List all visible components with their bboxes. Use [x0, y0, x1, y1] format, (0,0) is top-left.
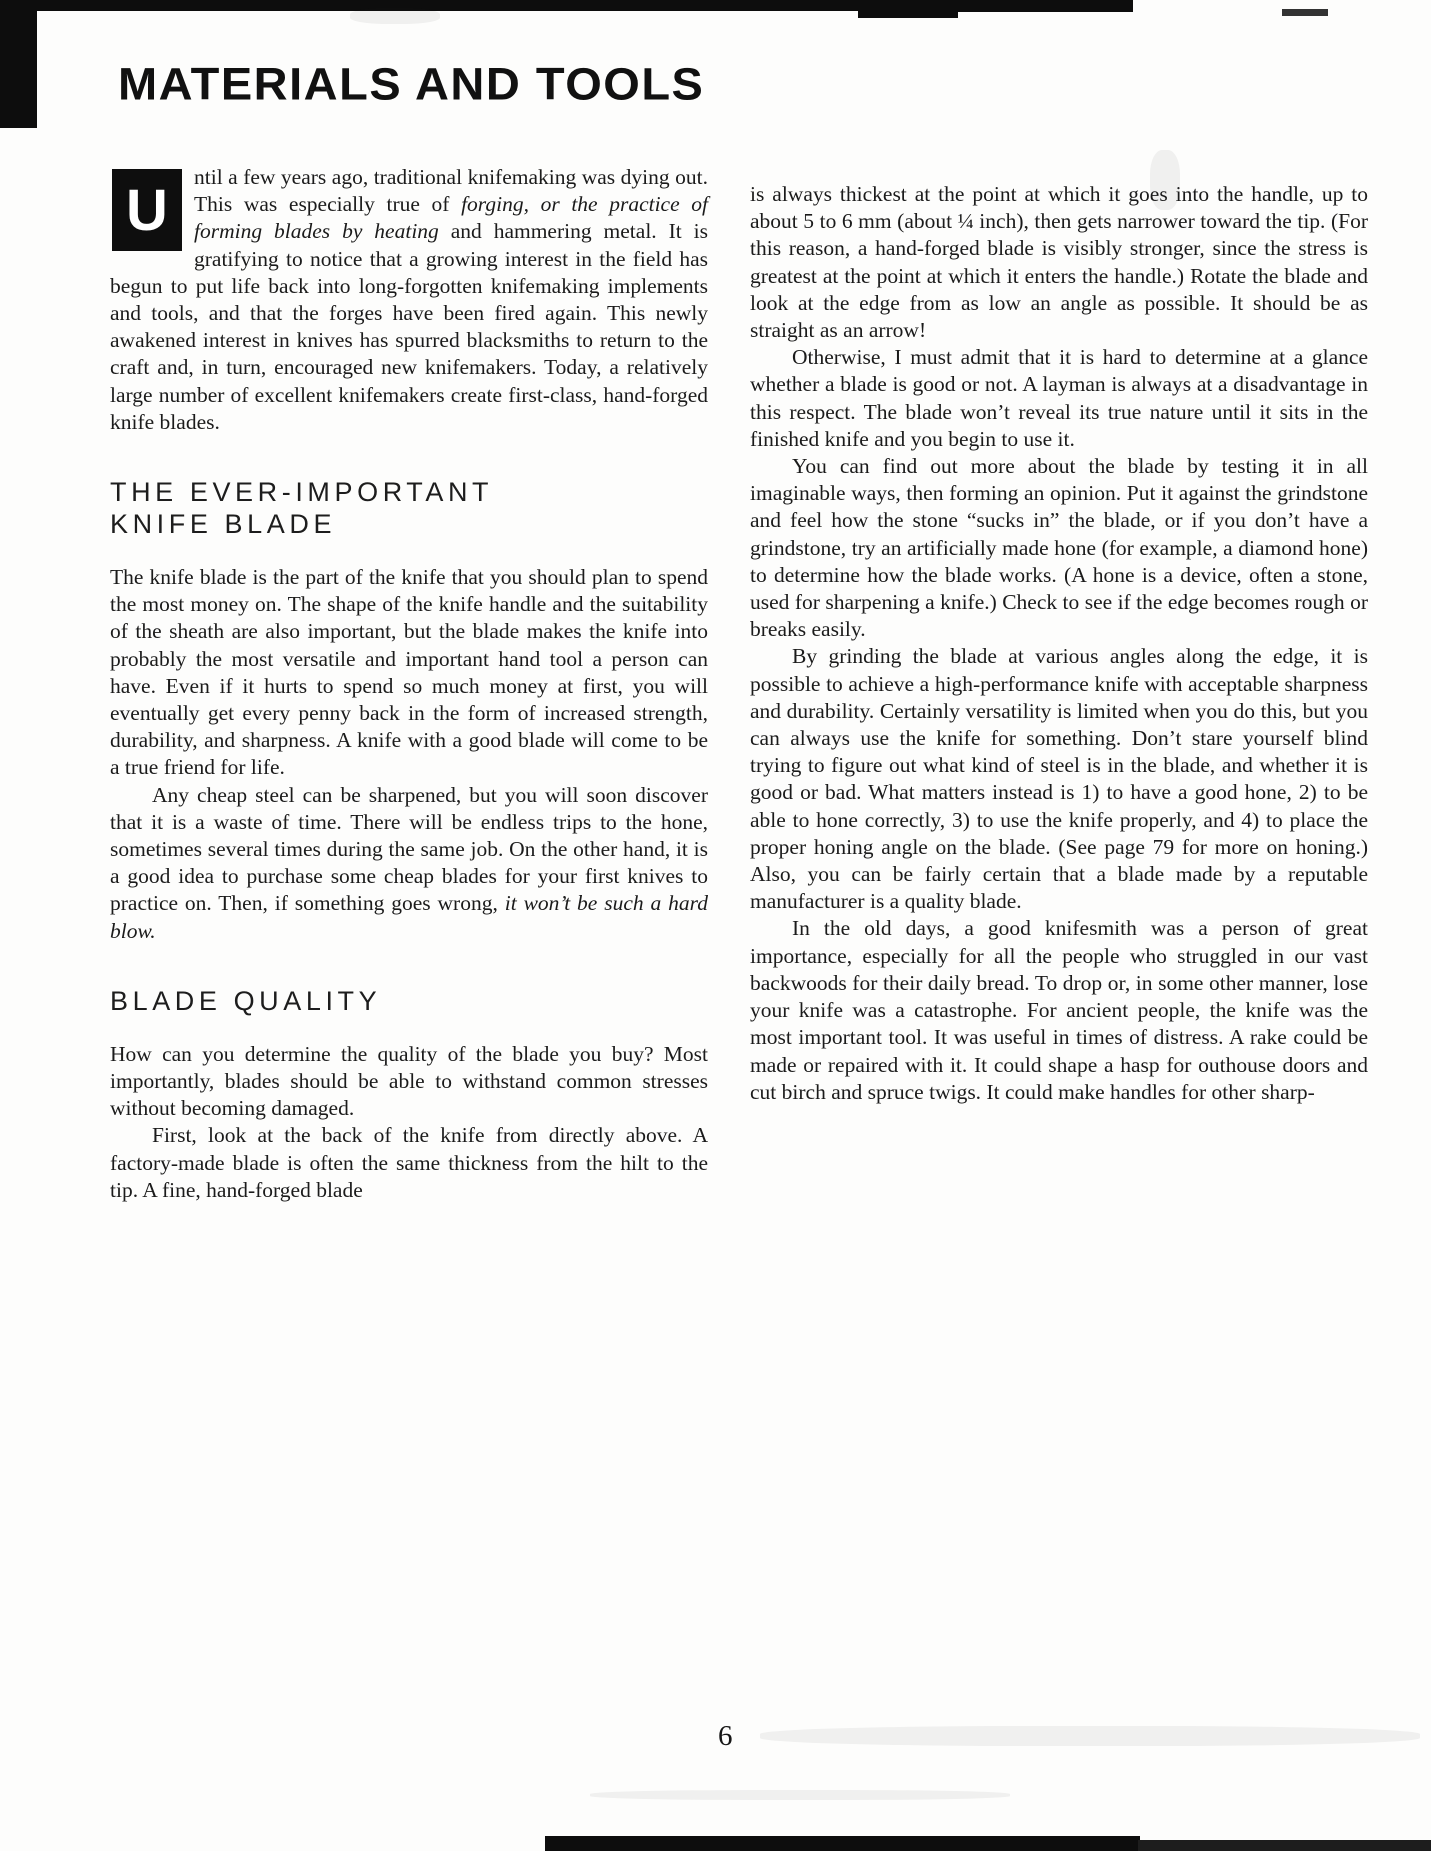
drop-cap: U	[112, 169, 182, 251]
right-column: is always thickest at the point at which…	[750, 164, 1368, 1204]
text-run: By grinding the blade at various angles …	[750, 644, 1368, 913]
scan-artifact	[0, 0, 37, 128]
section-heading: BLADE QUALITY	[110, 985, 708, 1017]
text-columns: Until a few years ago, traditional knife…	[110, 164, 1368, 1204]
text-run: and hammering metal. It is gratifying to…	[110, 219, 708, 433]
body-paragraph: Any cheap steel can be sharpened, but yo…	[110, 782, 708, 945]
text-run: First, look at the back of the knife fro…	[110, 1123, 708, 1201]
body-paragraph: How can you determine the quality of the…	[110, 1041, 708, 1123]
body-paragraph: The knife blade is the part of the knife…	[110, 564, 708, 782]
text-run: In the old days, a good knifesmith was a…	[750, 916, 1368, 1103]
text-run: How can you determine the quality of the…	[110, 1042, 708, 1120]
section-heading: THE EVER-IMPORTANTKNIFE BLADE	[110, 476, 708, 540]
body-paragraph: Otherwise, I must admit that it is hard …	[750, 344, 1368, 453]
book-page: MATERIALS AND TOOLS Until a few years ag…	[0, 0, 1431, 1851]
body-paragraph: First, look at the back of the knife fro…	[110, 1122, 708, 1204]
body-paragraph: You can find out more about the blade by…	[750, 453, 1368, 643]
left-column: Until a few years ago, traditional knife…	[110, 164, 708, 1204]
scan-artifact	[545, 1836, 1140, 1851]
body-paragraph: By grinding the blade at various angles …	[750, 643, 1368, 915]
page-title: MATERIALS AND TOOLS	[118, 57, 704, 110]
text-run: You can find out more about the blade by…	[750, 454, 1368, 641]
text-run: Otherwise, I must admit that it is hard …	[750, 345, 1368, 451]
text-run: is always thickest at the point at which…	[750, 182, 1368, 342]
scan-artifact	[760, 1726, 1420, 1746]
body-paragraph: In the old days, a good knifesmith was a…	[750, 915, 1368, 1105]
opening-paragraph: Until a few years ago, traditional knife…	[110, 164, 708, 436]
scan-artifact	[30, 0, 860, 11]
scan-artifact	[1282, 9, 1328, 16]
scan-artifact	[1138, 1840, 1431, 1851]
scan-artifact	[590, 1790, 1010, 1800]
scan-artifact	[350, 8, 440, 24]
body-paragraph: is always thickest at the point at which…	[750, 181, 1368, 344]
page-number: 6	[718, 1720, 733, 1753]
text-run: The knife blade is the part of the knife…	[110, 565, 708, 779]
scan-artifact	[858, 7, 958, 18]
